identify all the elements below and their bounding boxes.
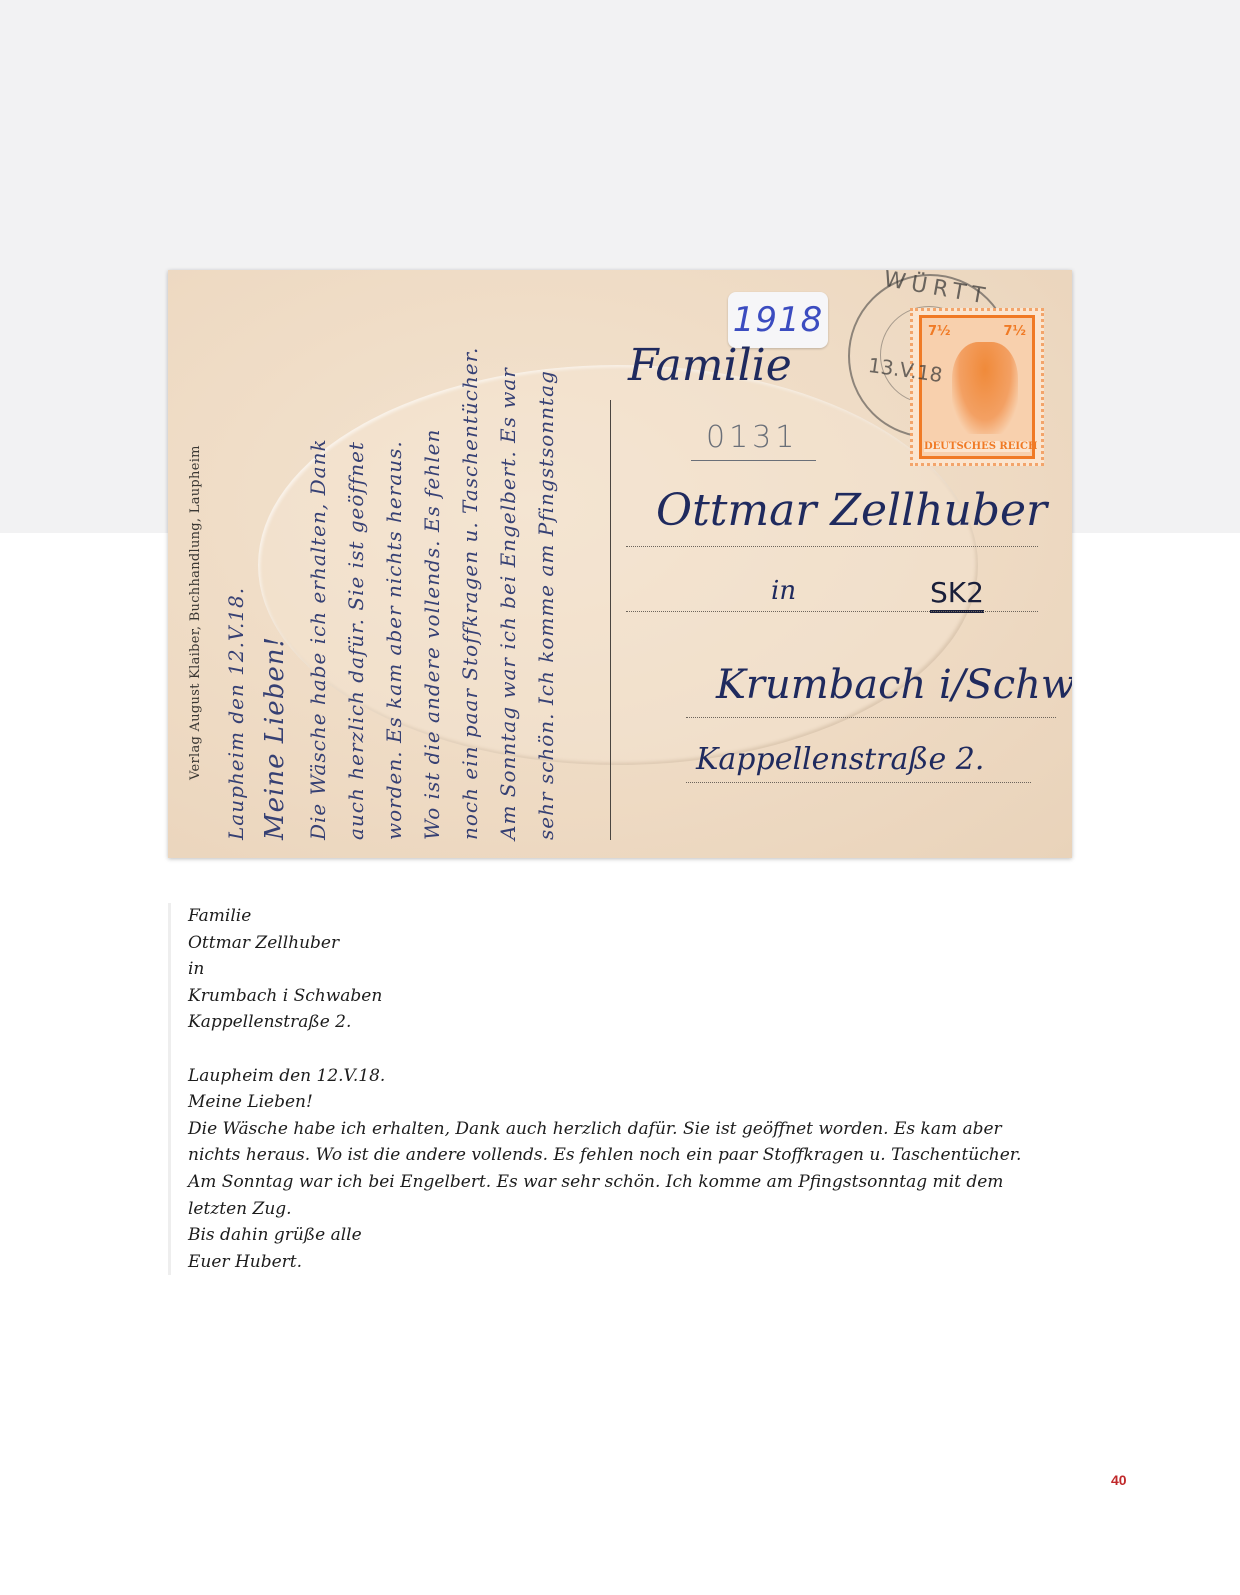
transcription-message-line: Am Sonntag war ich bei Engelbert. Es war…: [188, 1169, 1058, 1222]
handwritten-message: Laupheim den 12.V.18. Meine Lieben! Die …: [218, 280, 608, 850]
transcription-message-line: Euer Hubert.: [188, 1249, 1088, 1276]
transcription-spacer: [188, 1036, 1088, 1063]
message-column: Die Wäsche habe ich erhalten, Dank: [306, 438, 330, 840]
address-dotted-line: [686, 782, 1031, 783]
transcription-message-line: Die Wäsche habe ich erhalten, Dank auch …: [188, 1116, 1058, 1169]
postcard-image: Verlag August Klaiber, Buchhandlung, Lau…: [168, 270, 1072, 858]
postcard-divider: [610, 400, 611, 840]
transcription-block: Familie Ottmar Zellhuber in Krumbach i S…: [168, 903, 1088, 1275]
message-column: sehr schön. Ich komme am Pfingstsonntag: [534, 370, 558, 840]
transcription-address-line: in: [188, 956, 1088, 983]
transcription-message-line: Meine Lieben!: [188, 1089, 1088, 1116]
transcription-message-line: Bis dahin grüße alle: [188, 1222, 1088, 1249]
transcription-address-line: Kappellenstraße 2.: [188, 1009, 1088, 1036]
transcription-address-line: Ottmar Zellhuber: [188, 930, 1088, 957]
address-line-street: Kappellenstraße 2.: [696, 742, 984, 777]
transcription-address-line: Familie: [188, 903, 1088, 930]
stamp-frame: 7½ 7½ DEUTSCHES REICH: [919, 315, 1035, 459]
address-dotted-line: [686, 717, 1056, 718]
stamp-country: DEUTSCHES REICH: [924, 441, 1030, 452]
address-line-city: Krumbach i/Schwaben: [716, 662, 1072, 708]
address-dotted-line: [626, 546, 1038, 547]
message-column: Meine Lieben!: [260, 636, 290, 840]
message-column: Laupheim den 12.V.18.: [224, 587, 248, 840]
address-line-in: in: [771, 576, 796, 606]
stamp-value-left: 7½: [928, 324, 951, 339]
address-line-family: Familie: [628, 340, 792, 391]
transcription-message-line: Laupheim den 12.V.18.: [188, 1063, 1088, 1090]
germania-figure-icon: [952, 342, 1018, 434]
transcription-address-line: Krumbach i Schwaben: [188, 983, 1088, 1010]
address-line-name: Ottmar Zellhuber: [656, 485, 1047, 536]
address-dotted-line: [626, 611, 1038, 612]
stamp-value-right: 7½: [1003, 324, 1026, 339]
archive-number: 0131: [706, 420, 798, 455]
district-code: SK2: [930, 576, 984, 613]
publisher-imprint: Verlag August Klaiber, Buchhandlung, Lau…: [188, 445, 203, 780]
message-column: auch herzlich dafür. Sie ist geöffnet: [344, 441, 368, 840]
message-column: noch ein paar Stoffkragen u. Taschentüch…: [458, 347, 482, 840]
postage-stamp: 7½ 7½ DEUTSCHES REICH: [910, 308, 1044, 466]
message-column: worden. Es kam aber nichts heraus.: [382, 440, 406, 840]
message-column: Am Sonntag war ich bei Engelbert. Es war: [496, 367, 520, 840]
archive-number-underline: [691, 460, 816, 461]
page-number: 40: [1111, 1472, 1127, 1488]
message-column: Wo ist die andere vollends. Es fehlen: [420, 429, 444, 840]
